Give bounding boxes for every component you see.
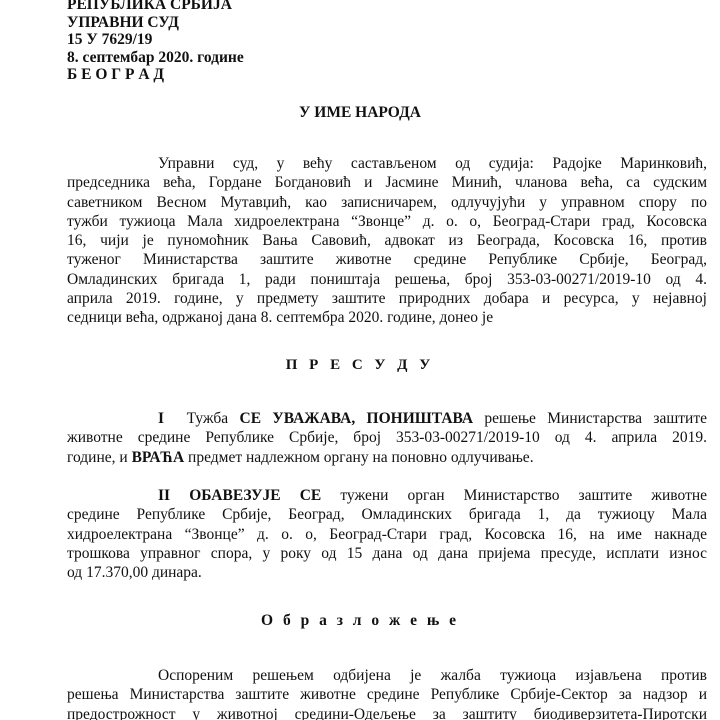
intro-line: председника већа, Гордане Богдановић и Ј… <box>67 173 707 192</box>
verdict-ii-decision: ОБАВЕЗУЈЕ СЕ <box>189 487 321 504</box>
document-header: РЕПУБЛИКА СРБИЈА УПРАВНИ СУД 15 У 7629/1… <box>67 0 244 84</box>
verdict-i-line: I Тужба СЕ УВАЖАВА, ПОНИШТАВА решење Мин… <box>67 409 707 428</box>
city-name: Б Е О Г Р А Д <box>67 66 244 84</box>
decision-date: 8. септембар 2020. године <box>67 49 244 67</box>
verdict-i-return: ВРАЋА <box>132 449 185 466</box>
verdict-i-text: решење Министарства заштите <box>484 410 707 427</box>
reasoning-line: Оспореним решењем одбијена је жалба тужи… <box>67 666 707 685</box>
reasoning-heading: О б р а з л о ж е њ е <box>0 612 720 630</box>
verdict-ii-line: хидроелектрана “Звонце” д. о. о, Београд… <box>67 525 707 544</box>
court-name: УПРАВНИ СУД <box>67 14 244 32</box>
intro-line: 16, чији је пуномоћник Вања Савовић, адв… <box>67 231 707 250</box>
verdict-i-line: животне средине Републике Србије, број 3… <box>67 428 707 447</box>
verdict-i-text: године, и <box>67 449 128 466</box>
item-number: I <box>158 410 164 427</box>
intro-line: Омладинских бригада 1, ради поништаја ре… <box>67 270 707 289</box>
verdict-item-ii: II ОБАВЕЗУЈЕ СЕ тужени орган Министарств… <box>67 486 707 582</box>
intro-line: тужби тужиоца Мала хидроелектрана “Звонц… <box>67 212 707 231</box>
intro-paragraph: Управни суд, у већу састављеном од судиј… <box>67 154 707 328</box>
reasoning-line: решења Министарства заштите животне сред… <box>67 685 707 704</box>
reasoning-paragraph: Оспореним решењем одбијена је жалба тужи… <box>67 666 707 720</box>
reasoning-line: предострожност у животној средини-Одељењ… <box>67 705 707 720</box>
verdict-ii-line: трошкова управног спора, у року од 15 да… <box>67 544 707 563</box>
verdict-i-text: Тужба <box>187 410 229 427</box>
in-the-name-of-people-heading: У ИМЕ НАРОДА <box>0 104 720 122</box>
verdict-ii-line: II ОБАВЕЗУЈЕ СЕ тужени орган Министарств… <box>67 486 707 505</box>
intro-line: саветником Весном Мутавџић, као записнич… <box>67 193 707 212</box>
case-number: 15 У 7629/19 <box>67 31 244 49</box>
intro-line: туженог Министарства заштите животне сре… <box>67 250 707 269</box>
verdict-item-i: I Тужба СЕ УВАЖАВА, ПОНИШТАВА решење Мин… <box>67 409 707 467</box>
intro-line: Управни суд, у већу састављеном од судиј… <box>67 154 707 173</box>
verdict-ii-text: тужени орган Министарство заштите животн… <box>340 487 707 504</box>
document-page: РЕПУБЛИКА СРБИЈА УПРАВНИ СУД 15 У 7629/1… <box>0 0 720 720</box>
verdict-i-decision: СЕ УВАЖАВА, ПОНИШТАВА <box>240 410 474 427</box>
country-name: РЕПУБЛИКА СРБИЈА <box>67 0 244 14</box>
verdict-ii-line: од 17.370,00 динара. <box>67 563 707 582</box>
verdict-i-text: предмет надлежном органу на поновно одлу… <box>188 449 534 466</box>
verdict-i-line: године, и ВРАЋА предмет надлежном органу… <box>67 448 707 467</box>
verdict-ii-line: средине Републике Србије, Београд, Омлад… <box>67 505 707 524</box>
intro-line: априла 2019. године, у предмету заштите … <box>67 289 707 308</box>
intro-line: седници већа, одржаној дана 8. септембра… <box>67 308 707 327</box>
verdict-heading: П Р Е С У Д У <box>0 357 720 374</box>
item-number: II <box>158 487 170 504</box>
